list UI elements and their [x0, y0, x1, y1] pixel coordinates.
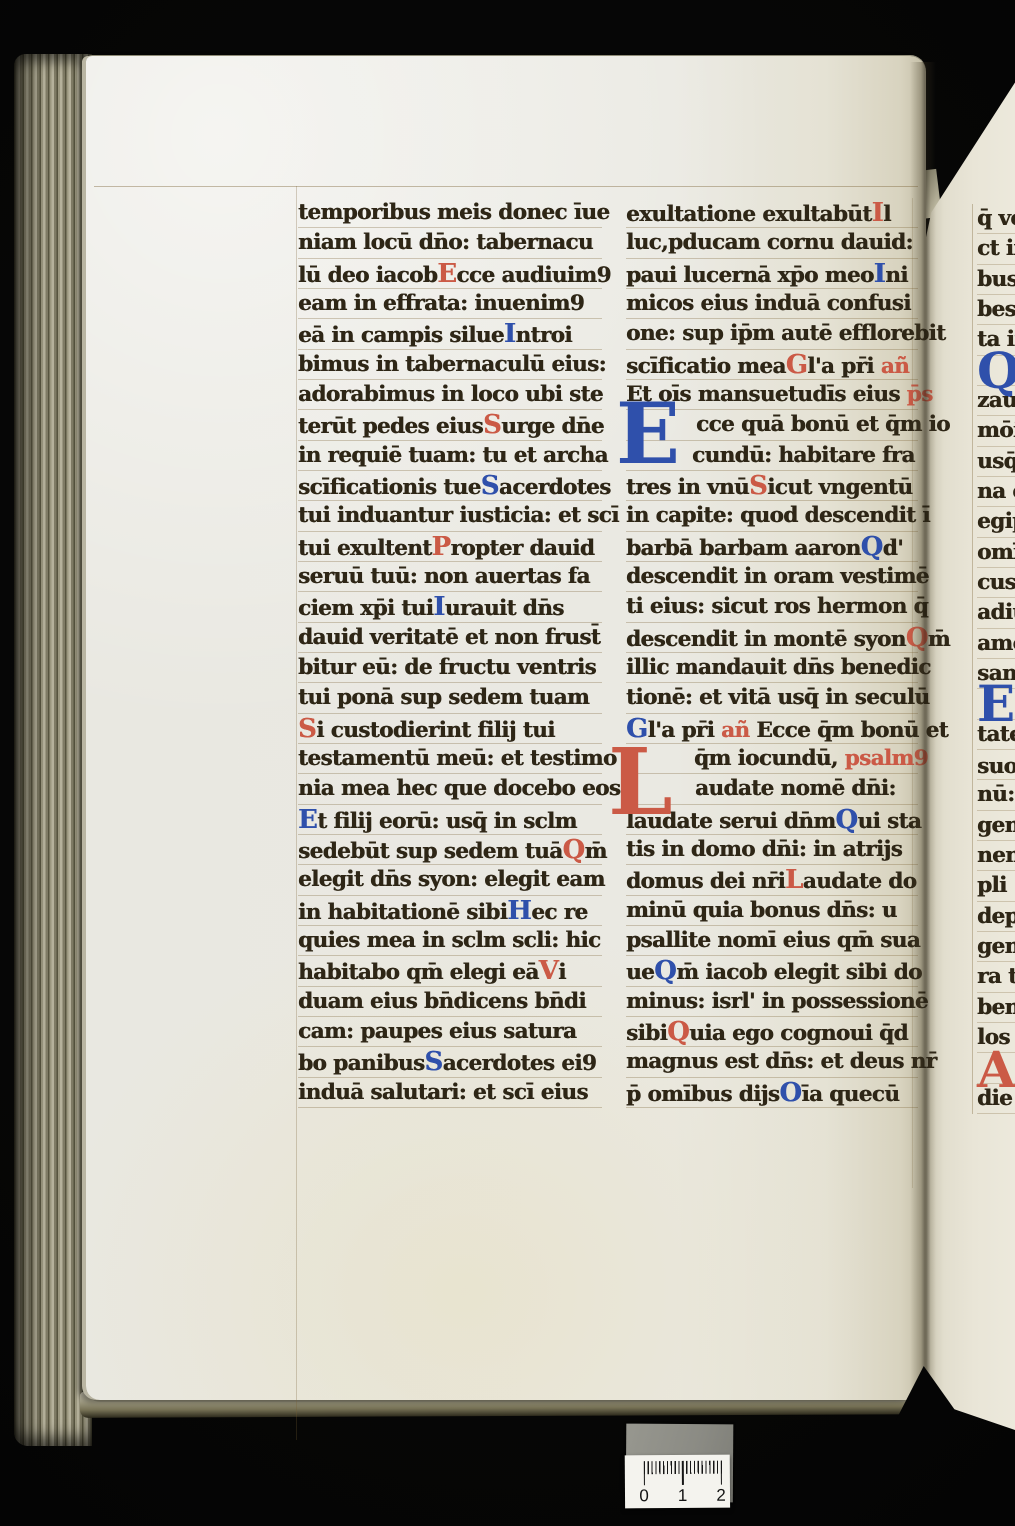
text-segment: ec re — [531, 900, 587, 925]
text-line: E — [977, 689, 1015, 719]
text-segment: audate nomē dn̄i: — [695, 776, 896, 801]
text-segment: descendit in montē syon — [626, 627, 906, 652]
text-line: ueQm̄ iacob elegit sibi do — [626, 956, 918, 986]
text-segment: cce audiuim9 — [456, 263, 610, 288]
text-line: descendit in montē syonQm̄ — [626, 623, 918, 653]
text-segment: mōi — [977, 418, 1015, 443]
text-line: amo — [977, 629, 1015, 659]
text-line: gen — [977, 811, 1015, 841]
text-line: Et filij eorū: usq̄ in sclm — [298, 805, 602, 835]
text-segment: seruū tuū: non auertas fa — [298, 564, 590, 589]
decorated-initial: Q — [835, 805, 857, 835]
text-line: paui lucernā xp̄o meoIni — [626, 259, 918, 289]
text-segment: adorabimus in loco ubi ste — [298, 382, 603, 407]
text-segment: one: sup ip̄m autē efflorebit — [626, 321, 945, 346]
text-segment: tionē: et vitā usq̄ in seculū — [626, 685, 929, 710]
decorated-initial: S — [483, 410, 501, 440]
text-segment: q̄m iocundū, — [694, 746, 845, 771]
scale-label-0: 0 — [637, 1486, 651, 1506]
text-segment: barbā barbam aaron — [626, 536, 861, 561]
text-line: in capite: quod descendit ī — [626, 501, 918, 531]
text-line: bes a — [977, 295, 1015, 325]
text-segment: micos eius induā confusi — [626, 291, 911, 316]
decorated-initial: G — [786, 350, 808, 380]
text-segment: acerdotes ei9 — [443, 1051, 597, 1076]
text-segment: icut vngentū — [767, 475, 912, 500]
text-line: tionē: et vitā usq̄ in seculū — [626, 683, 918, 713]
scale-mm-ticks — [644, 1461, 724, 1475]
text-line: ct in — [977, 234, 1015, 264]
text-line: bimus in tabernaculū eius: — [298, 350, 602, 380]
text-segment: m̄ — [585, 839, 607, 864]
text-line: one: sup ip̄m autē efflorebit — [626, 319, 918, 349]
text-line: seruū tuū: non auertas fa — [298, 562, 602, 592]
text-line: magnus est dn̄s: et deus nr̄ — [626, 1047, 918, 1077]
text-line: A — [977, 1053, 1015, 1083]
decorated-initial: A — [977, 1053, 1015, 1087]
text-segment: urge dn̄e — [501, 414, 604, 439]
text-line: Q — [977, 356, 1015, 386]
text-line: dep: — [977, 902, 1015, 932]
text-line: tis in domo dn̄i: in atrijs — [626, 835, 918, 865]
text-segment: amo — [977, 631, 1015, 656]
decorated-initial: S — [481, 471, 499, 501]
text-line: descendit in oram vestimē — [626, 562, 918, 592]
text-segment: ben — [977, 995, 1015, 1020]
text-segment: niam locū dn̄o: tabernacu — [298, 230, 593, 255]
text-segment: minus: isrl' in possessionē — [626, 989, 928, 1014]
text-line: bus — [977, 265, 1015, 295]
text-segment: i custodierint filij tui — [316, 718, 555, 743]
text-segment: duam eius bn̄dicens bn̄di — [298, 989, 586, 1014]
decorated-initial: O — [779, 1078, 801, 1108]
text-segment: descendit in oram vestimē — [626, 564, 929, 589]
text-segment: tui exultent — [298, 536, 432, 561]
text-segment: cundū: habitare fra — [692, 443, 915, 468]
text-segment: īa quecū — [801, 1082, 899, 1107]
manuscript-page: temporibus meis donec īueniam locū dn̄o:… — [86, 56, 926, 1400]
text-segment: pli — [977, 873, 1007, 898]
text-segment: sedebūt sup sedem tuā — [298, 839, 562, 864]
text-line: zaui — [977, 386, 1015, 416]
text-segment: nia mea hec que docebo eos — [298, 776, 620, 801]
book-gutter-shadow — [910, 62, 936, 1412]
text-segment: l'a pr̄i — [807, 354, 880, 379]
text-line: sedebūt sup sedem tuāQm̄ — [298, 835, 602, 865]
text-line: quies mea in sclm scli: hic — [298, 926, 602, 956]
text-segment: quies mea in sclm scli: hic — [298, 928, 600, 953]
text-segment: zaui — [977, 388, 1015, 413]
text-line: minus: isrl' in possessionē — [626, 987, 918, 1017]
text-line: exultatione exultabūtIl — [626, 198, 918, 228]
text-line: Si custodierint filij tui — [298, 714, 602, 744]
text-segment: domus dei nr̄i — [626, 869, 785, 894]
decorated-initial: I — [874, 259, 886, 289]
text-segment: gen — [977, 934, 1015, 959]
text-segment: tate — [977, 722, 1015, 747]
text-line: luc,pducam cornu dauid: — [626, 228, 918, 258]
text-line: ti eius: sicut ros hermon q̄ — [626, 592, 918, 622]
text-segment: paui lucernā xp̄o meo — [626, 263, 874, 288]
text-segment: eam in effrata: inuenim9 — [298, 291, 584, 316]
text-segment: urauit dn̄s — [445, 596, 564, 621]
text-line: sibiQuia ego cognoui q̄d — [626, 1017, 918, 1047]
text-segment: omī — [977, 540, 1015, 565]
text-line: duam eius bn̄dicens bn̄di — [298, 987, 602, 1017]
text-segment: cam: paupes eius satura — [298, 1019, 576, 1044]
text-line: tate — [977, 720, 1015, 750]
text-line: testamentū meū: et testimo — [298, 744, 602, 774]
text-line: nū: — [977, 780, 1015, 810]
text-line: mōi — [977, 416, 1015, 446]
decorated-initial: I — [433, 592, 445, 622]
text-line: bitur eū: de fructu ventris — [298, 653, 602, 683]
text-line: illic mandauit dn̄s benedic — [626, 653, 918, 683]
text-line: eā in campis silueIntroi — [298, 319, 602, 349]
text-line: domus dei nr̄iLaudate do — [626, 865, 918, 895]
text-line: usq̄ — [977, 447, 1015, 477]
text-line: terūt pedes eiusSurge dn̄e — [298, 410, 602, 440]
text-segment: terūt pedes eius — [298, 414, 483, 439]
text-line: niam locū dn̄o: tabernacu — [298, 228, 602, 258]
decorated-initial: E — [437, 259, 456, 289]
text-line: barbā barbam aaronQd' — [626, 532, 918, 562]
text-segment: ue — [626, 960, 654, 985]
decorated-initial: V — [539, 956, 559, 986]
text-segment: magnus est dn̄s: et deus nr̄ — [626, 1049, 936, 1074]
text-segment: bo panibus — [298, 1051, 424, 1076]
text-segment: na e — [977, 479, 1015, 504]
manuscript-photo: q̄ vect inbusbes ata inQzauimōiusq̄na ee… — [0, 0, 1015, 1526]
decorated-initial: Q — [654, 956, 676, 986]
text-segment: elegit dn̄s syon: elegit eam — [298, 867, 605, 892]
text-segment: illic mandauit dn̄s benedic — [626, 655, 931, 680]
decorated-initial: E — [977, 689, 1015, 719]
decorated-initial: E — [298, 805, 317, 835]
text-segment: temporibus meis donec īue — [298, 200, 609, 225]
text-column-right: exultatione exultabūtIlluc,pducam cornu … — [626, 198, 918, 1108]
text-segment: t filij eorū: usq̄ in sclm — [317, 809, 576, 834]
text-segment: luc,pducam cornu dauid: — [626, 230, 913, 255]
text-segment: bitur eū: de fructu ventris — [298, 655, 596, 680]
text-segment: scīficationis tue — [298, 475, 481, 500]
text-segment: gen — [977, 813, 1015, 838]
text-segment: in habitationē sibi — [298, 900, 507, 925]
text-segment: ropter dauid — [450, 536, 594, 561]
scale-label-2: 2 — [714, 1486, 728, 1506]
text-segment: l — [883, 202, 891, 227]
text-segment: q̄ ve — [977, 206, 1015, 231]
text-segment: tui induantur iusticia: et scī — [298, 503, 619, 528]
text-segment: ti eius: sicut ros hermon q̄ — [626, 594, 928, 619]
text-segment: nen — [977, 843, 1015, 868]
text-line: in requiē tuam: tu et archa — [298, 441, 602, 471]
text-segment: scīficatio mea — [626, 354, 786, 379]
scale-cm-tick-1 — [682, 1461, 684, 1485]
text-line: omī — [977, 538, 1015, 568]
measurement-scale: 0 1 2 — [624, 1420, 739, 1519]
text-segment: habitabo qm̄ elegi eā — [298, 960, 539, 985]
decorated-initial: P — [432, 532, 451, 562]
decorated-initial: añ — [721, 718, 749, 743]
text-segment: tis in domo dn̄i: in atrijs — [626, 837, 902, 862]
decorated-initial: S — [424, 1047, 442, 1077]
text-line: na e — [977, 477, 1015, 507]
text-segment: psallite nomī eius qm̄ sua — [626, 928, 920, 953]
text-segment: audate do — [803, 869, 917, 894]
decorated-initial: Q — [667, 1017, 689, 1047]
text-segment: ciem xp̄i tui — [298, 596, 433, 621]
decorated-initial: Q — [562, 835, 584, 865]
text-segment: minū quia bonus dn̄s: u — [626, 898, 897, 923]
text-segment: nū: — [977, 782, 1014, 807]
text-line: in habitationē sibiHec re — [298, 896, 602, 926]
text-line: egip — [977, 507, 1015, 537]
text-line: cam: paupes eius satura — [298, 1017, 602, 1047]
text-line: temporibus meis donec īue — [298, 198, 602, 228]
decorated-initial: I — [504, 319, 516, 349]
text-segment: sibi — [626, 1021, 667, 1046]
text-segment: dauid veritatē et non frust̄ — [298, 625, 600, 650]
text-segment: ni — [885, 263, 908, 288]
text-line: induā salutari: et scī eius — [298, 1078, 602, 1108]
text-segment: tui ponā sup sedem tuam — [298, 685, 589, 710]
text-line: adorabimus in loco ubi ste — [298, 380, 602, 410]
text-line: lū deo iacobEcce audiuim9 — [298, 259, 602, 289]
text-segment: cuss — [977, 570, 1015, 595]
text-line: suoD — [977, 750, 1015, 780]
text-line: tui exultentPropter dauid — [298, 532, 602, 562]
text-segment: d' — [883, 536, 903, 561]
text-line: eam in effrata: inuenim9 — [298, 289, 602, 319]
text-segment: in requiē tuam: tu et archa — [298, 443, 608, 468]
facing-page-sliver: q̄ vect inbusbes ata inQzauimōiusq̄na ee… — [924, 62, 1015, 1430]
text-segment: induā salutari: et scī eius — [298, 1080, 588, 1105]
scale-ruler-strip: 0 1 2 — [625, 1455, 730, 1509]
text-segment: bus — [977, 267, 1015, 292]
decorated-initial: Q — [977, 356, 1015, 386]
text-line: gen — [977, 932, 1015, 962]
text-line: pli — [977, 871, 1015, 901]
text-segment: bes a — [977, 297, 1015, 322]
text-line: tui induantur iusticia: et scī — [298, 501, 602, 531]
text-line: scīficationis tueSacerdotes — [298, 471, 602, 501]
text-line: habitabo qm̄ elegi eāVi — [298, 956, 602, 986]
ruling-line-vertical-left — [296, 186, 297, 1440]
text-line: adiu — [977, 598, 1015, 628]
text-segment: ntroi — [515, 323, 571, 348]
text-segment: in capite: quod descendit ī — [626, 503, 930, 528]
text-line: minū quia bonus dn̄s: u — [626, 896, 918, 926]
illuminated-initial-red-L: L — [608, 736, 673, 828]
text-column-left: temporibus meis donec īueniam locū dn̄o:… — [298, 198, 602, 1108]
decorated-initial: Q — [861, 532, 883, 562]
ruling-line-top — [94, 186, 918, 187]
text-line: psallite nomī eius qm̄ sua — [626, 926, 918, 956]
scale-cm-tick-2 — [721, 1461, 723, 1485]
text-segment: suo — [977, 754, 1015, 779]
text-segment: exultatione exultabūt — [626, 202, 872, 227]
text-line: q̄ ve — [977, 204, 1015, 234]
text-segment: dep: — [977, 904, 1015, 929]
text-line: tui ponā sup sedem tuam — [298, 683, 602, 713]
decorated-initial: L — [785, 865, 803, 895]
text-segment: ct in — [977, 236, 1015, 261]
text-segment: egip — [977, 509, 1015, 534]
text-line: ciem xp̄i tuiIurauit dn̄s — [298, 592, 602, 622]
text-segment: testamentū meū: et testimo — [298, 746, 617, 771]
decorated-initial: I — [872, 198, 884, 228]
scale-label-1: 1 — [675, 1486, 689, 1506]
text-line: cuss — [977, 568, 1015, 598]
text-segment: m̄ iacob elegit sibi do — [676, 960, 922, 985]
text-line: ben — [977, 993, 1015, 1023]
text-column-facing: q̄ vect inbusbes ata inQzauimōiusq̄na ee… — [972, 204, 1015, 1114]
text-line: scīficatio meaGl'a pr̄i añ — [626, 350, 918, 380]
text-line: dauid veritatē et non frust̄ — [298, 623, 602, 653]
text-line: die — [977, 1084, 1015, 1114]
scale-cm-tick-0 — [644, 1461, 646, 1485]
text-line: ra t — [977, 962, 1015, 992]
text-segment: acerdotes — [499, 475, 611, 500]
text-line: nia mea hec que docebo eos — [298, 774, 602, 804]
text-line: micos eius induā confusi — [626, 289, 918, 319]
text-segment: i — [558, 960, 566, 985]
text-segment: p̄ omībus dijs — [626, 1082, 779, 1107]
text-line: bo panibusSacerdotes ei9 — [298, 1047, 602, 1077]
decorated-initial: añ — [881, 354, 909, 379]
text-line: elegit dn̄s syon: elegit eam — [298, 865, 602, 895]
text-segment: adiu — [977, 600, 1015, 625]
decorated-initial: H — [507, 896, 531, 926]
text-segment: lū deo iacob — [298, 263, 437, 288]
illuminated-initial-blue-E: E — [616, 392, 680, 476]
text-segment: ra t — [977, 964, 1015, 989]
text-segment: die — [977, 1086, 1012, 1111]
text-line: nen — [977, 841, 1015, 871]
text-segment: eā in campis silue — [298, 323, 504, 348]
text-line: p̄ omībus dijsOīa quecū — [626, 1078, 918, 1108]
decorated-initial: S — [298, 714, 316, 744]
text-segment: bimus in tabernaculū eius: — [298, 352, 606, 377]
book-page-edges-left — [14, 54, 92, 1446]
text-segment: uia ego cognoui q̄d — [689, 1021, 908, 1046]
decorated-initial: S — [749, 471, 767, 501]
text-segment: usq̄ — [977, 449, 1015, 474]
